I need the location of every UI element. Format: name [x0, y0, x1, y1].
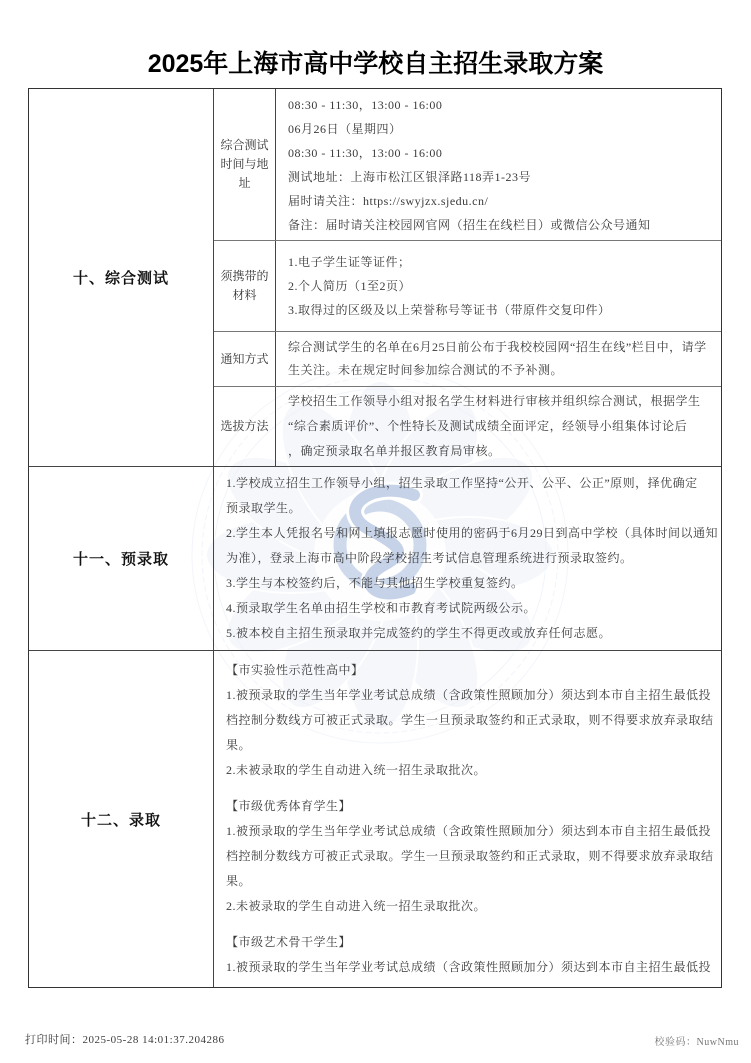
content-line: 果。: [226, 869, 717, 894]
verification-code: 校验码：NuwNmu: [655, 1033, 739, 1048]
section-admission: 十二、录取 【市实验性示范性高中】 1.被预录取的学生当年学业考试总成绩（含政策…: [29, 651, 721, 987]
cell-admission: 【市实验性示范性高中】 1.被预录取的学生当年学业考试总成绩（含政策性照顾加分）…: [214, 651, 721, 987]
content-line: 1.被预录取的学生当年学业考试总成绩（含政策性照顾加分）须达到本市自主招生最低投: [226, 683, 717, 708]
content-line: 【市级优秀体育学生】: [226, 794, 717, 819]
content-line: 2.未被录取的学生自动进入统一招生录取批次。: [226, 894, 717, 919]
comprehensive-test-rows: 综合测试时间与地址 08:30 - 11:30，13:00 - 16:00 06…: [214, 89, 721, 466]
sub-label-test-time-address: 综合测试时间与地址: [214, 89, 276, 240]
content-line: 预录取学生。: [226, 496, 717, 521]
section-comprehensive-test: 十、综合测试 综合测试时间与地址 08:30 - 11:30，13:00 - 1…: [29, 89, 721, 467]
sub-label-required-materials: 须携带的材料: [214, 241, 276, 331]
sub-label-selection-method: 选拔方法: [214, 387, 276, 466]
content-line: 果。: [226, 733, 717, 758]
cell-selection-method: 学校招生工作领导小组对报名学生材料进行审核并组织综合测试，根据学生 “综合素质评…: [276, 387, 721, 466]
content-line: 学校招生工作领导小组对报名学生材料进行审核并组织综合测试，根据学生: [288, 389, 717, 414]
content-line: 【市实验性示范性高中】: [226, 658, 717, 683]
content-line: 备注：届时请关注校园网官网（招生在线栏目）或微信公众号通知: [288, 213, 717, 237]
content-line: 2.未被录取的学生自动进入统一招生录取批次。: [226, 758, 717, 783]
content-line: 3.取得过的区级及以上荣誉称号等证书（带原件交复印件）: [288, 298, 717, 322]
admissions-table: 十、综合测试 综合测试时间与地址 08:30 - 11:30，13:00 - 1…: [28, 88, 722, 988]
content-line: 5.被本校自主招生预录取并完成签约的学生不得更改或放弃任何志愿。: [226, 621, 717, 646]
paragraph-spacer: [226, 783, 717, 794]
cell-required-materials: 1.电子学生证等证件； 2.个人简历（1至2页） 3.取得过的区级及以上荣誉称号…: [276, 241, 721, 331]
sub-label-notification-method: 通知方式: [214, 332, 276, 386]
content-line: ，确定预录取名单并报区教育局审核。: [288, 439, 717, 464]
cell-pre-admission: 1.学校成立招生工作领导小组，招生录取工作坚持“公开、公平、公正”原则，择优确定…: [214, 467, 721, 650]
section-label-comprehensive-test: 十、综合测试: [29, 89, 214, 466]
row-required-materials: 须携带的材料 1.电子学生证等证件； 2.个人简历（1至2页） 3.取得过的区级…: [214, 240, 721, 331]
content-line: 1.学校成立招生工作领导小组，招生录取工作坚持“公开、公平、公正”原则，择优确定: [226, 471, 717, 496]
content-line: “综合素质评价”、个性特长及测试成绩全面评定，经领导小组集体讨论后: [288, 414, 717, 439]
content-line: 2.学生本人凭报名号和网上填报志愿时使用的密码于6月29日到高中学校（具体时间以…: [226, 521, 717, 546]
content-line: 生关注。未在规定时间参加综合测试的不予补测。: [288, 359, 717, 382]
content-line: 2.个人简历（1至2页）: [288, 274, 717, 298]
cell-test-time-address: 08:30 - 11:30，13:00 - 16:00 06月26日（星期四） …: [276, 89, 721, 240]
content-line: 测试地址：上海市松江区银泽路118弄1-23号: [288, 165, 717, 189]
content-line: 08:30 - 11:30，13:00 - 16:00: [288, 141, 717, 165]
section-pre-admission: 十一、预录取 1.学校成立招生工作领导小组，招生录取工作坚持“公开、公平、公正”…: [29, 467, 721, 651]
print-time: 打印时间：2025-05-28 14:01:37.204286: [25, 1031, 224, 1047]
content-line: 4.预录取学生名单由招生学校和市教育考试院两级公示。: [226, 596, 717, 621]
content-line: 08:30 - 11:30，13:00 - 16:00: [288, 93, 717, 117]
content-line: 档控制分数线方可被正式录取。学生一旦预录取签约和正式录取，则不得要求放弃录取结: [226, 844, 717, 869]
content-line: 1.电子学生证等证件；: [288, 250, 717, 274]
row-test-time-address: 综合测试时间与地址 08:30 - 11:30，13:00 - 16:00 06…: [214, 89, 721, 240]
document-page: 2025年上海市高中学校自主招生录取方案 十、综合测试 综合测试时间与地址 08…: [0, 0, 751, 1063]
row-selection-method: 选拔方法 学校招生工作领导小组对报名学生材料进行审核并组织综合测试，根据学生 “…: [214, 386, 721, 466]
content-line: 3.学生与本校签约后，不能与其他招生学校重复签约。: [226, 571, 717, 596]
content-line: 届时请关注：https://swyjzx.sjedu.cn/: [288, 189, 717, 213]
paragraph-spacer: [226, 919, 717, 930]
content-line: 1.被预录取的学生当年学业考试总成绩（含政策性照顾加分）须达到本市自主招生最低投: [226, 955, 717, 980]
section-label-pre-admission: 十一、预录取: [29, 467, 214, 650]
content-line: 06月26日（星期四）: [288, 117, 717, 141]
cell-notification-method: 综合测试学生的名单在6月25日前公布于我校校园网“招生在线”栏目中，请学 生关注…: [276, 332, 721, 386]
section-label-admission: 十二、录取: [29, 651, 214, 987]
page-title: 2025年上海市高中学校自主招生录取方案: [0, 44, 751, 80]
content-line: 为准），登录上海市高中阶段学校招生考试信息管理系统进行预录取签约。: [226, 546, 717, 571]
page-footer: 打印时间：2025-05-28 14:01:37.204286 校验码：NuwN…: [0, 1031, 751, 1049]
content-line: 综合测试学生的名单在6月25日前公布于我校校园网“招生在线”栏目中，请学: [288, 336, 717, 359]
content-line: 1.被预录取的学生当年学业考试总成绩（含政策性照顾加分）须达到本市自主招生最低投: [226, 819, 717, 844]
content-line: 【市级艺术骨干学生】: [226, 930, 717, 955]
row-notification-method: 通知方式 综合测试学生的名单在6月25日前公布于我校校园网“招生在线”栏目中，请…: [214, 331, 721, 386]
content-line: 档控制分数线方可被正式录取。学生一旦预录取签约和正式录取，则不得要求放弃录取结: [226, 708, 717, 733]
